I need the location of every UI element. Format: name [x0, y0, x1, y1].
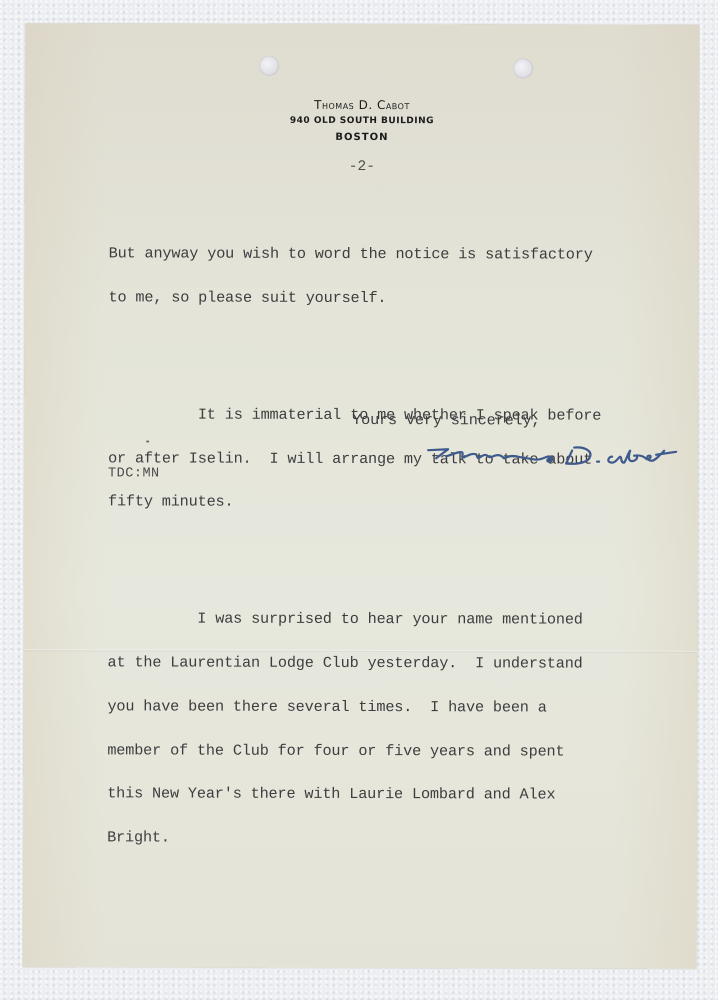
letterhead-city: Boston [25, 131, 699, 144]
body-line: at the Laurentian Lodge Club yesterday. … [108, 655, 601, 671]
reference-initials: TDC:MN [108, 466, 160, 481]
handwritten-signature [424, 438, 686, 473]
letterhead-name: Thomas D. Cabot [25, 97, 699, 113]
closing-salutation: Yours very sincerely, [352, 411, 540, 429]
body-line: to me, so please suit yourself. [108, 290, 601, 306]
body-line: you have been there several times. I hav… [107, 699, 600, 715]
letterhead-address: 940 Old South Building [25, 115, 699, 127]
paragraph-3: I was surprised to hear your name mentio… [107, 582, 601, 875]
body-line: fifty minutes. [108, 495, 601, 511]
body-line: Bright. [107, 830, 600, 846]
punch-hole-left [259, 56, 279, 76]
body-line: But anyway you wish to word the notice i… [109, 247, 602, 263]
body-line: I was surprised to hear your name mentio… [108, 612, 601, 628]
page-number: -2- [25, 158, 699, 176]
letter-page: Thomas D. Cabot 940 Old South Building B… [23, 23, 699, 969]
body-line: member of the Club for four or five year… [107, 743, 600, 759]
paragraph-1: But anyway you wish to word the notice i… [108, 218, 601, 336]
body-line: this New Year's there with Laurie Lombar… [107, 787, 600, 803]
punch-hole-right [513, 58, 533, 78]
letter-body: But anyway you wish to word the notice i… [107, 188, 602, 919]
paper-speck [146, 440, 149, 442]
